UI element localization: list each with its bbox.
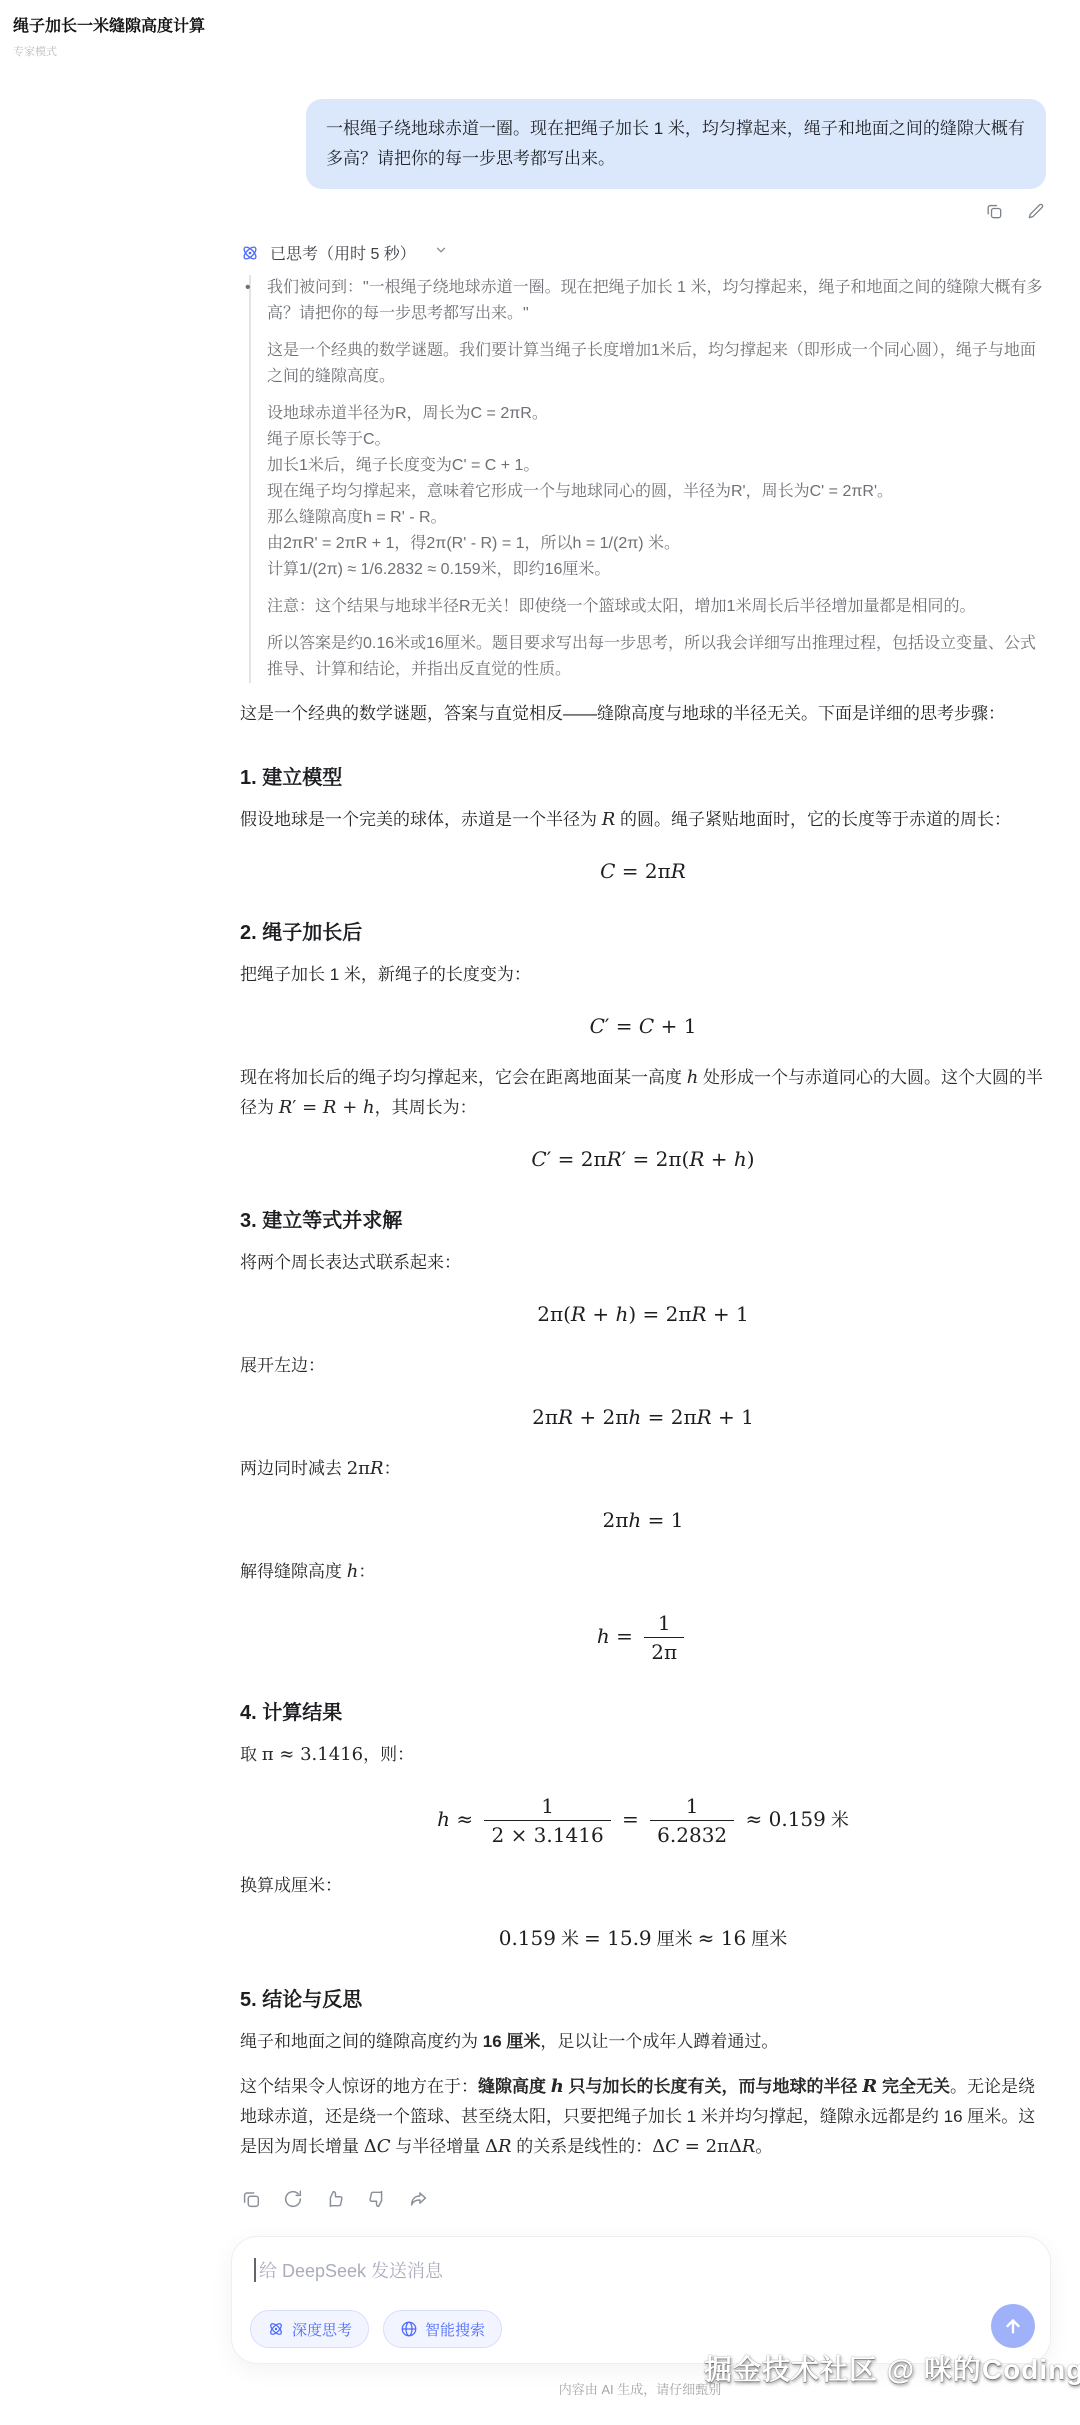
globe-icon: [400, 2320, 418, 2338]
arrow-up-icon: [1002, 2315, 1024, 2337]
chevron-down-icon[interactable]: [434, 243, 448, 262]
thumbs-up-icon[interactable]: [324, 2188, 346, 2210]
section-heading: 4. 计算结果: [240, 1696, 1046, 1725]
answer-section: 3. 建立等式并求解 将两个周长表达式联系起来：2π(R + h) = 2πR …: [240, 1204, 1046, 1664]
paragraph: 两边同时减去 2πR：: [240, 1454, 1046, 1484]
answer-intro: 这是一个经典的数学谜题，答案与直觉相反——缝隙高度与地球的半径无关。下面是详细的…: [240, 699, 1046, 729]
paragraph: 解得缝隙高度 h：: [240, 1557, 1046, 1587]
thought-paragraph: 我们被问到："一根绳子绕地球赤道一圈。现在把绳子加长 1 米，均匀撑起来，绳子和…: [267, 275, 1046, 327]
answer-section: 5. 结论与反思 绳子和地面之间的缝隙高度约为 16 厘米，足以让一个成年人蹲着…: [240, 1983, 1046, 2162]
text-caret: [254, 2258, 256, 2282]
answer-section: 2. 绳子加长后 把绳子加长 1 米，新绳子的长度变为：C′ = C + 1现在…: [240, 916, 1046, 1172]
paragraph: 取 π ≈ 3.1416，则：: [240, 1740, 1046, 1770]
answer-actions: [240, 2188, 1046, 2210]
answer-section: 1. 建立模型 假设地球是一个完美的球体，赤道是一个半径为 R 的圆。绳子紧贴地…: [240, 761, 1046, 884]
deepseek-share-page: 绳子加长一米缝隙高度计算 专家模式 一根绳子绕地球赤道一圈。现在把绳子加长 1 …: [0, 0, 1080, 2425]
thought-paragraph: 注意：这个结果与地球半径R无关！即使绕一个篮球或太阳，增加1米周长后半径增加量都…: [267, 594, 1046, 620]
paragraph: 假设地球是一个完美的球体，赤道是一个半径为 R 的圆。绳子紧贴地面时，它的长度等…: [240, 805, 1046, 835]
share-icon[interactable]: [408, 2188, 430, 2210]
page-subtitle: 专家模式: [13, 43, 1080, 59]
search-toggle-label: 智能搜索: [425, 2319, 485, 2340]
math-formula: C′ = 2πR′ = 2π(R + h): [240, 1147, 1046, 1172]
thought-toggle[interactable]: 已思考（用时 5 秒）: [240, 241, 1046, 264]
paragraph: 绳子和地面之间的缝隙高度约为 16 厘米，足以让一个成年人蹲着通过。: [240, 2027, 1046, 2057]
deepthink-toggle[interactable]: 深度思考: [250, 2310, 369, 2348]
conversation: 一根绳子绕地球赤道一圈。现在把绳子加长 1 米，均匀撑起来，绳子和地面之间的缝隙…: [240, 99, 1046, 2398]
math-formula: h ≈ 12 × 3.1416 = 16.2832 ≈ 0.159 米: [240, 1794, 1046, 1847]
edit-icon[interactable]: [1026, 201, 1046, 221]
search-toggle[interactable]: 智能搜索: [383, 2310, 502, 2348]
math-formula: C′ = C + 1: [240, 1014, 1046, 1039]
thought-content: 我们被问到："一根绳子绕地球赤道一圈。现在把绳子加长 1 米，均匀撑起来，绳子和…: [249, 275, 1046, 683]
math-formula: 2π(R + h) = 2πR + 1: [240, 1302, 1046, 1327]
composer[interactable]: 给 DeepSeek 发送消息 深度思考 智能搜索: [231, 2236, 1051, 2364]
paragraph: 这个结果令人惊讶的地方在于：缝隙高度 h 只与加长的长度有关，而与地球的半径 R…: [240, 2072, 1046, 2162]
paragraph: 换算成厘米：: [240, 1871, 1046, 1901]
section-heading: 1. 建立模型: [240, 761, 1046, 790]
paragraph: 现在将加长后的绳子均匀撑起来，它会在距离地面某一高度 h 处形成一个与赤道同心的…: [240, 1063, 1046, 1123]
thumbs-down-icon[interactable]: [366, 2188, 388, 2210]
copy-icon[interactable]: [984, 201, 1004, 221]
fraction: 16.2832: [650, 1794, 734, 1847]
page-title: 绳子加长一米缝隙高度计算: [13, 13, 1080, 36]
deepthink-toggle-label: 深度思考: [292, 2319, 352, 2340]
user-message-bubble: 一根绳子绕地球赤道一圈。现在把绳子加长 1 米，均匀撑起来，绳子和地面之间的缝隙…: [306, 99, 1046, 189]
math-formula: C = 2πR: [240, 859, 1046, 884]
deepthink-icon: [267, 2320, 285, 2338]
paragraph: 将两个周长表达式联系起来：: [240, 1248, 1046, 1278]
copy-icon[interactable]: [240, 2188, 262, 2210]
message-input[interactable]: 给 DeepSeek 发送消息: [254, 2257, 443, 2283]
send-button[interactable]: [991, 2304, 1035, 2348]
thought-paragraph: 所以答案是约0.16米或16厘米。题目要求写出每一步思考，所以我会详细写出推理过…: [267, 631, 1046, 683]
user-message-actions: [240, 201, 1046, 221]
ai-disclaimer: 内容由 AI 生成，请仔细甄别: [231, 2379, 1049, 2398]
thought-paragraph: 这是一个经典的数学谜题。我们要计算当绳子长度增加1米后，均匀撑起来（即形成一个同…: [267, 338, 1046, 390]
section-heading: 3. 建立等式并求解: [240, 1204, 1046, 1233]
regenerate-icon[interactable]: [282, 2188, 304, 2210]
page-header: 绳子加长一米缝隙高度计算 专家模式: [0, 0, 1080, 59]
deepthink-icon: [240, 243, 260, 263]
section-heading: 2. 绳子加长后: [240, 916, 1046, 945]
user-message-row: 一根绳子绕地球赤道一圈。现在把绳子加长 1 米，均匀撑起来，绳子和地面之间的缝隙…: [240, 99, 1046, 189]
answer-sections: 1. 建立模型 假设地球是一个完美的球体，赤道是一个半径为 R 的圆。绳子紧贴地…: [240, 761, 1046, 2162]
paragraph: 展开左边：: [240, 1351, 1046, 1381]
math-formula: h = 12π: [240, 1611, 1046, 1664]
math-formula: 2πR + 2πh = 2πR + 1: [240, 1405, 1046, 1430]
input-placeholder: 给 DeepSeek 发送消息: [259, 2257, 443, 2283]
paragraph: 把绳子加长 1 米，新绳子的长度变为：: [240, 960, 1046, 990]
answer-section: 4. 计算结果 取 π ≈ 3.1416，则：h ≈ 12 × 3.1416 =…: [240, 1696, 1046, 1951]
math-formula: 0.159 米 = 15.9 厘米 ≈ 16 厘米: [240, 1925, 1046, 1951]
user-message-text: 一根绳子绕地球赤道一圈。现在把绳子加长 1 米，均匀撑起来，绳子和地面之间的缝隙…: [326, 119, 1025, 168]
math-formula: 2πh = 1: [240, 1508, 1046, 1533]
composer-toggles: 深度思考 智能搜索: [250, 2310, 502, 2348]
section-heading: 5. 结论与反思: [240, 1983, 1046, 2012]
thought-paragraph: 设地球赤道半径为R，周长为C = 2πR。 绳子原长等于C。 加长1米后，绳子长…: [267, 401, 1046, 583]
fraction: 12π: [644, 1611, 684, 1664]
thought-header-label: 已思考（用时 5 秒）: [270, 241, 416, 264]
fraction: 12 × 3.1416: [484, 1794, 610, 1847]
